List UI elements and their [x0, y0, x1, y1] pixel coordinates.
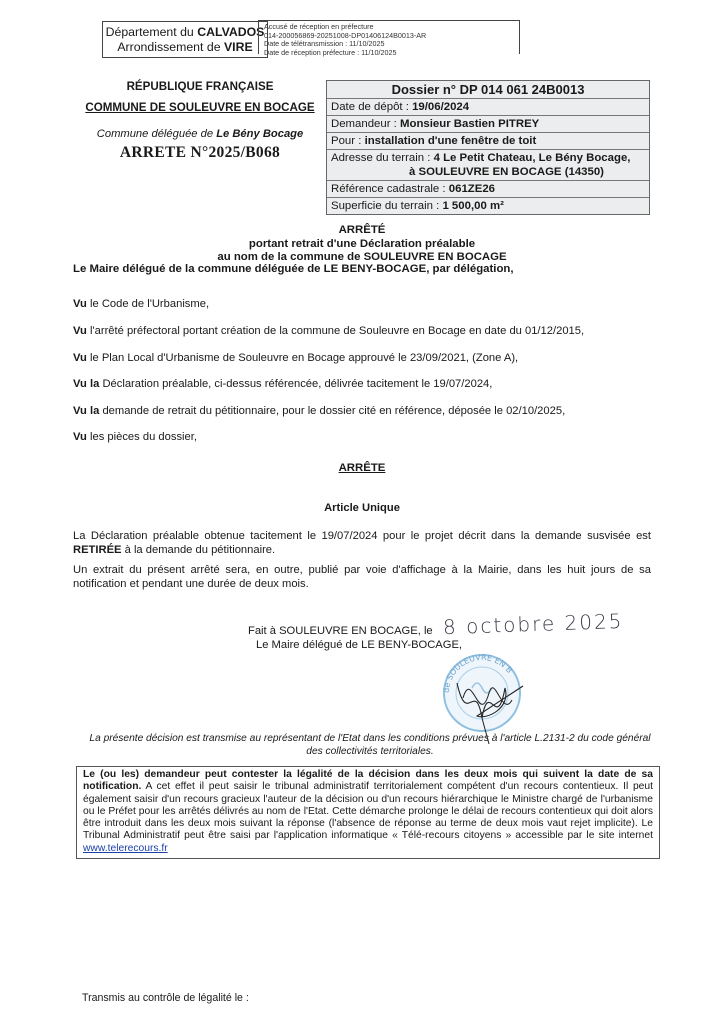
legal-notice-body: A cet effet il peut saisir le tribunal a… — [83, 781, 653, 841]
arrete-subtitle-1: portant retrait d'une Déclaration préala… — [0, 238, 724, 252]
legal-recourse-notice: Le (ou les) demandeur peut contester la … — [76, 766, 660, 859]
republic-title: RÉPUBLIQUE FRANÇAISE — [80, 80, 320, 94]
delegated-commune: Commune déléguée de Le Bény Bocage — [80, 127, 320, 141]
dossier-row-area: Superficie du terrain : 1 500,00 m² — [327, 197, 649, 214]
vu-item: Vu le Plan Local d'Urbanisme de Souleuvr… — [73, 352, 518, 364]
legality-control-line: Transmis au contrôle de légalité le : — [82, 992, 249, 1004]
vu-item: Vu la demande de retrait du pétitionnair… — [73, 405, 565, 417]
department-box: Département du CALVADOS Arrondissement d… — [102, 21, 268, 58]
handwritten-date: 8 octobre 2025 — [443, 609, 624, 639]
arrete-heading: ARRÊTE — [0, 462, 724, 474]
prefecture-acknowledgement-box: Accusé de réception en préfecture 014-20… — [258, 20, 520, 54]
vu-item: Vu les pièces du dossier, — [73, 431, 197, 443]
dossier-row-purpose: Pour : installation d'une fenêtre de toi… — [327, 132, 649, 149]
dossier-row-deposit-date: Date de dépôt : 19/06/2024 — [327, 98, 649, 115]
commune-title: COMMUNE DE SOULEUVRE EN BOCAGE — [80, 101, 320, 115]
arrondissement-line: Arrondissement de VIRE — [103, 40, 267, 55]
arrete-number: ARRETE N°2025/B068 — [80, 144, 320, 162]
dossier-row-address: Adresse du terrain : 4 Le Petit Chateau,… — [327, 149, 649, 180]
article-paragraph-2: Un extrait du présent arrêté sera, en ou… — [73, 564, 651, 591]
dossier-row-cadastral: Référence cadastrale : 061ZE26 — [327, 180, 649, 197]
dossier-number: Dossier n° DP 014 061 24B0013 — [327, 81, 649, 98]
dossier-table: Dossier n° DP 014 061 24B0013 Date de dé… — [326, 80, 650, 215]
document-title-block: ARRÊTÉ portant retrait d'une Déclaration… — [0, 224, 724, 265]
article-paragraph-1: La Déclaration préalable obtenue tacitem… — [73, 530, 651, 557]
mayor-preamble: Le Maire délégué de la commune déléguée … — [73, 263, 514, 275]
arrete-title: ARRÊTÉ — [0, 224, 724, 238]
telerecours-link[interactable]: www.telerecours.fr — [83, 843, 168, 854]
place-date-line: Fait à SOULEUVRE EN BOCAGE, le — [248, 625, 462, 639]
department-line: Département du CALVADOS — [103, 25, 267, 40]
vu-item: Vu la Déclaration préalable, ci-dessus r… — [73, 378, 492, 390]
dossier-row-applicant: Demandeur : Monsieur Bastien PITREY — [327, 115, 649, 132]
ack-reception-date: Date de réception préfecture : 11/10/202… — [264, 49, 519, 58]
article-heading: Article Unique — [0, 502, 724, 514]
vu-item: Vu l'arrêté préfectoral portant création… — [73, 325, 584, 337]
vu-item: Vu le Code de l'Urbanisme, — [73, 298, 209, 310]
issuer-header: RÉPUBLIQUE FRANÇAISE COMMUNE DE SOULEUVR… — [80, 78, 320, 162]
transmission-notice: La présente décision est transmise au re… — [80, 732, 660, 758]
